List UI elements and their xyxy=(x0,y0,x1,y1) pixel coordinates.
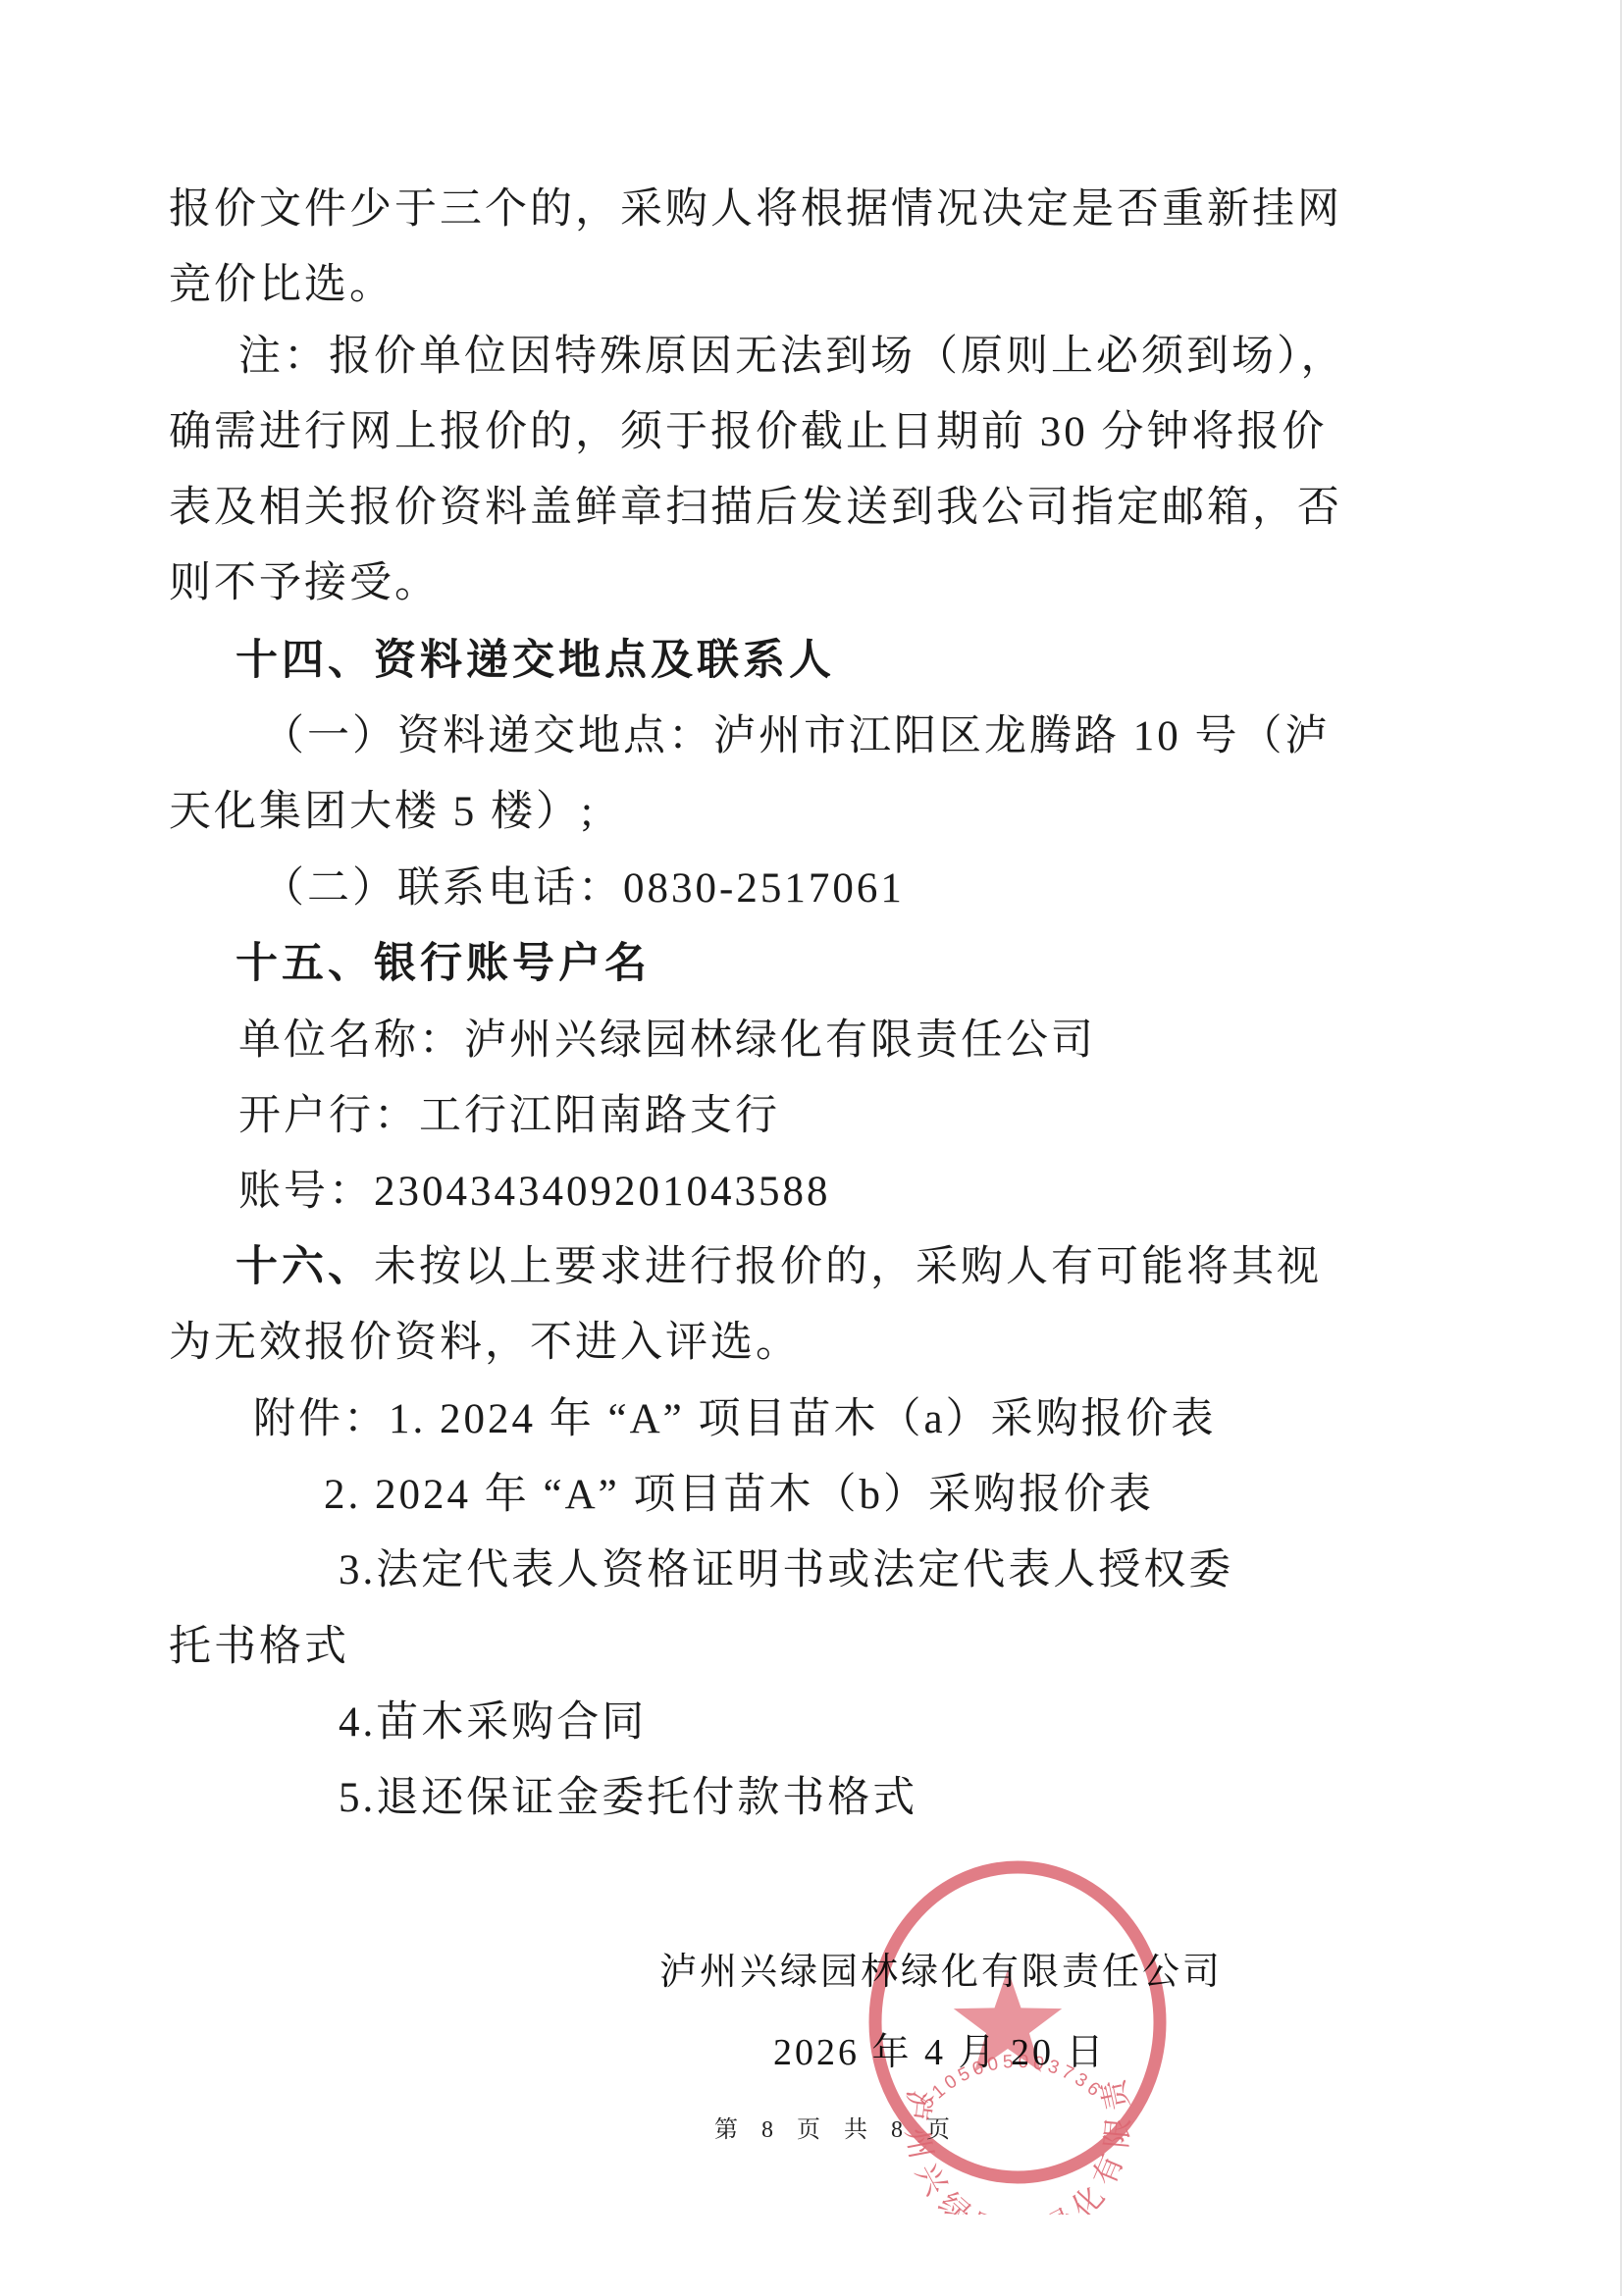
phone-line: （二）联系电话：0830-2517061 xyxy=(262,851,905,926)
attachment-line-2: 2. 2024 年 “A” 项目苗木（b）采购报价表 xyxy=(324,1457,1154,1533)
body-line: 为无效报价资料，不进入评选。 xyxy=(169,1305,801,1381)
address-line: 天化集团大楼 5 楼）; xyxy=(169,774,596,850)
heading-body: 未按以上要求进行报价的，采购人有可能将其视 xyxy=(374,1244,1322,1290)
scan-edge-artifact xyxy=(1620,0,1622,2296)
note-line: 注：报价单位因特殊原因无法到场（原则上必须到场）， xyxy=(238,319,1346,394)
attachment-line-1: 附件：1. 2024 年 “A” 项目苗木（a）采购报价表 xyxy=(253,1382,1217,1457)
attachment-line-4: 4.苗木采购合同 xyxy=(339,1685,647,1760)
account-line: 账号：2304343409201043588 xyxy=(238,1154,831,1229)
attachment-line-3: 3.法定代表人资格证明书或法定代表人授权委 xyxy=(339,1533,1233,1608)
section-heading-fifteen: 十五、银行账号户名 xyxy=(236,926,651,1002)
body-line: 表及相关报价资料盖鲜章扫描后发送到我公司指定邮箱，否 xyxy=(169,470,1342,546)
document-page: 报价文件少于三个的，采购人将根据情况决定是否重新挂网 竞价比选。 注：报价单位因… xyxy=(0,0,1623,2296)
seal-number-text: 5105005003736 xyxy=(916,2052,1106,2113)
address-line: （一）资料递交地点：泸州市江阳区龙腾路 10 号（泸 xyxy=(262,699,1331,774)
heading-prefix: 十六、 xyxy=(236,1243,374,1290)
bank-line: 开户行：工行江阳南路支行 xyxy=(238,1078,780,1154)
body-line: 竞价比选。 xyxy=(169,247,394,323)
attachment-line-5: 5.退还保证金委托付款书格式 xyxy=(339,1760,917,1836)
section-heading-fourteen: 十四、资料递交地点及联系人 xyxy=(236,623,835,699)
company-name-line: 单位名称：泸州兴绿园林绿化有限责任公司 xyxy=(238,1003,1096,1078)
section-heading-sixteen: 十六、未按以上要求进行报价的，采购人有可能将其视 xyxy=(236,1229,1322,1305)
body-line: 确需进行网上报价的，须于报价截止日期前 30 分钟将报价 xyxy=(169,394,1328,470)
company-seal: 泸州兴绿园林绿化有限责任公司 5105005003736 xyxy=(846,1838,1189,2215)
body-line: 则不予接受。 xyxy=(169,546,440,621)
body-line: 报价文件少于三个的，采购人将根据情况决定是否重新挂网 xyxy=(169,172,1342,247)
attachment-line-3-cont: 托书格式 xyxy=(169,1609,349,1685)
